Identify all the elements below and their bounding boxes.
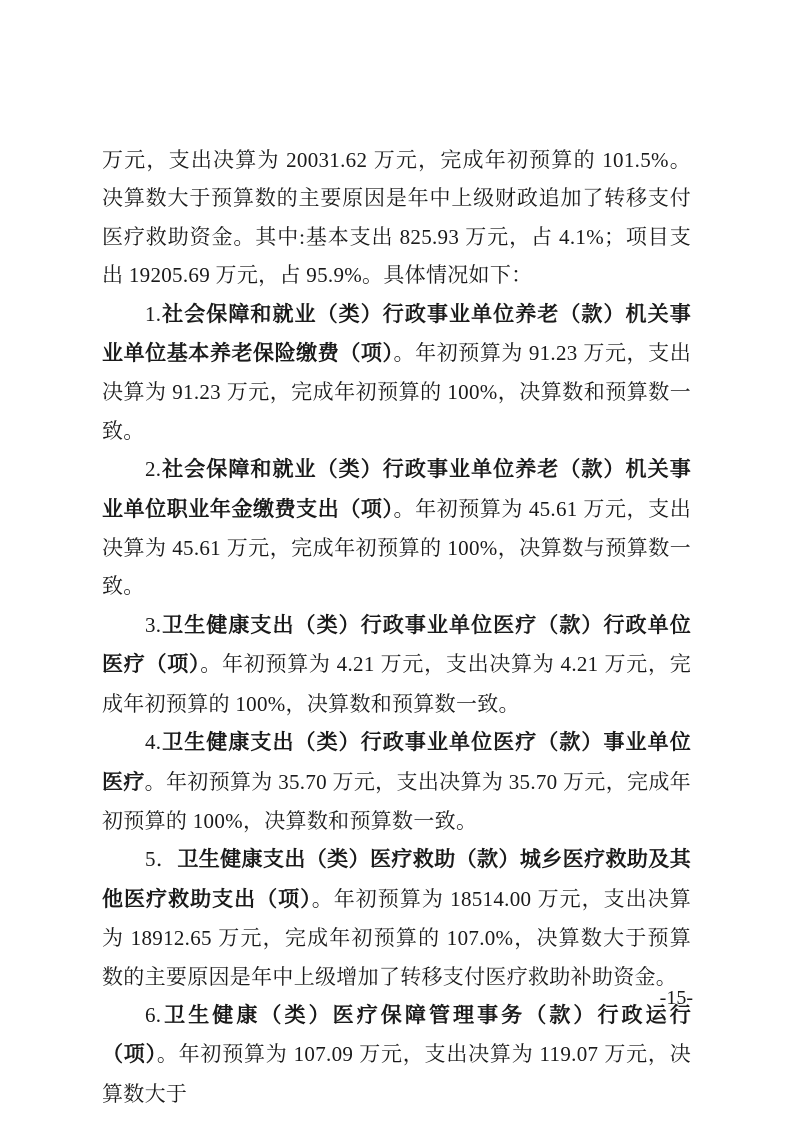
document-page: 万元，支出决算为 20031.62 万元，完成年初预算的 101.5%。决算数大… <box>0 0 793 1122</box>
body-text: 1. <box>145 302 161 326</box>
document-body: 万元，支出决算为 20031.62 万元，完成年初预算的 101.5%。决算数大… <box>102 141 691 1113</box>
paragraph: 4.卫生健康支出（类）行政事业单位医疗（款）事业单位医疗。年初预算为 35.70… <box>102 723 691 840</box>
body-text: 3. <box>145 613 161 637</box>
body-text: 6. <box>145 1003 161 1027</box>
paragraph: 2.社会保障和就业（类）行政事业单位养老（款）机关事业单位职业年金缴费支出（项）… <box>102 450 691 606</box>
body-text: 2. <box>145 457 161 481</box>
body-text: 5． <box>145 847 177 871</box>
page-number: -15- <box>660 986 693 1010</box>
body-text: 4. <box>145 730 161 754</box>
paragraph: 5．卫生健康支出（类）医疗救助（款）城乡医疗救助及其他医疗救助支出（项）。年初预… <box>102 840 691 996</box>
paragraph: 1.社会保障和就业（类）行政事业单位养老（款）机关事业单位基本养老保险缴费（项）… <box>102 295 691 451</box>
paragraph: 6.卫生健康（类）医疗保障管理事务（款）行政运行（项）。年初预算为 107.09… <box>102 996 691 1113</box>
paragraph: 3.卫生健康支出（类）行政事业单位医疗（款）行政单位医疗（项）。年初预算为 4.… <box>102 606 691 723</box>
body-text: 。年初预算为 107.09 万元，支出决算为 119.07 万元，决算数大于 <box>102 1042 691 1105</box>
body-text: 万元，支出决算为 20031.62 万元，完成年初预算的 101.5%。决算数大… <box>102 148 691 287</box>
body-text: 。年初预算为 35.70 万元，支出决算为 35.70 万元，完成年初预算的 1… <box>102 770 691 833</box>
paragraph: 万元，支出决算为 20031.62 万元，完成年初预算的 101.5%。决算数大… <box>102 141 691 295</box>
